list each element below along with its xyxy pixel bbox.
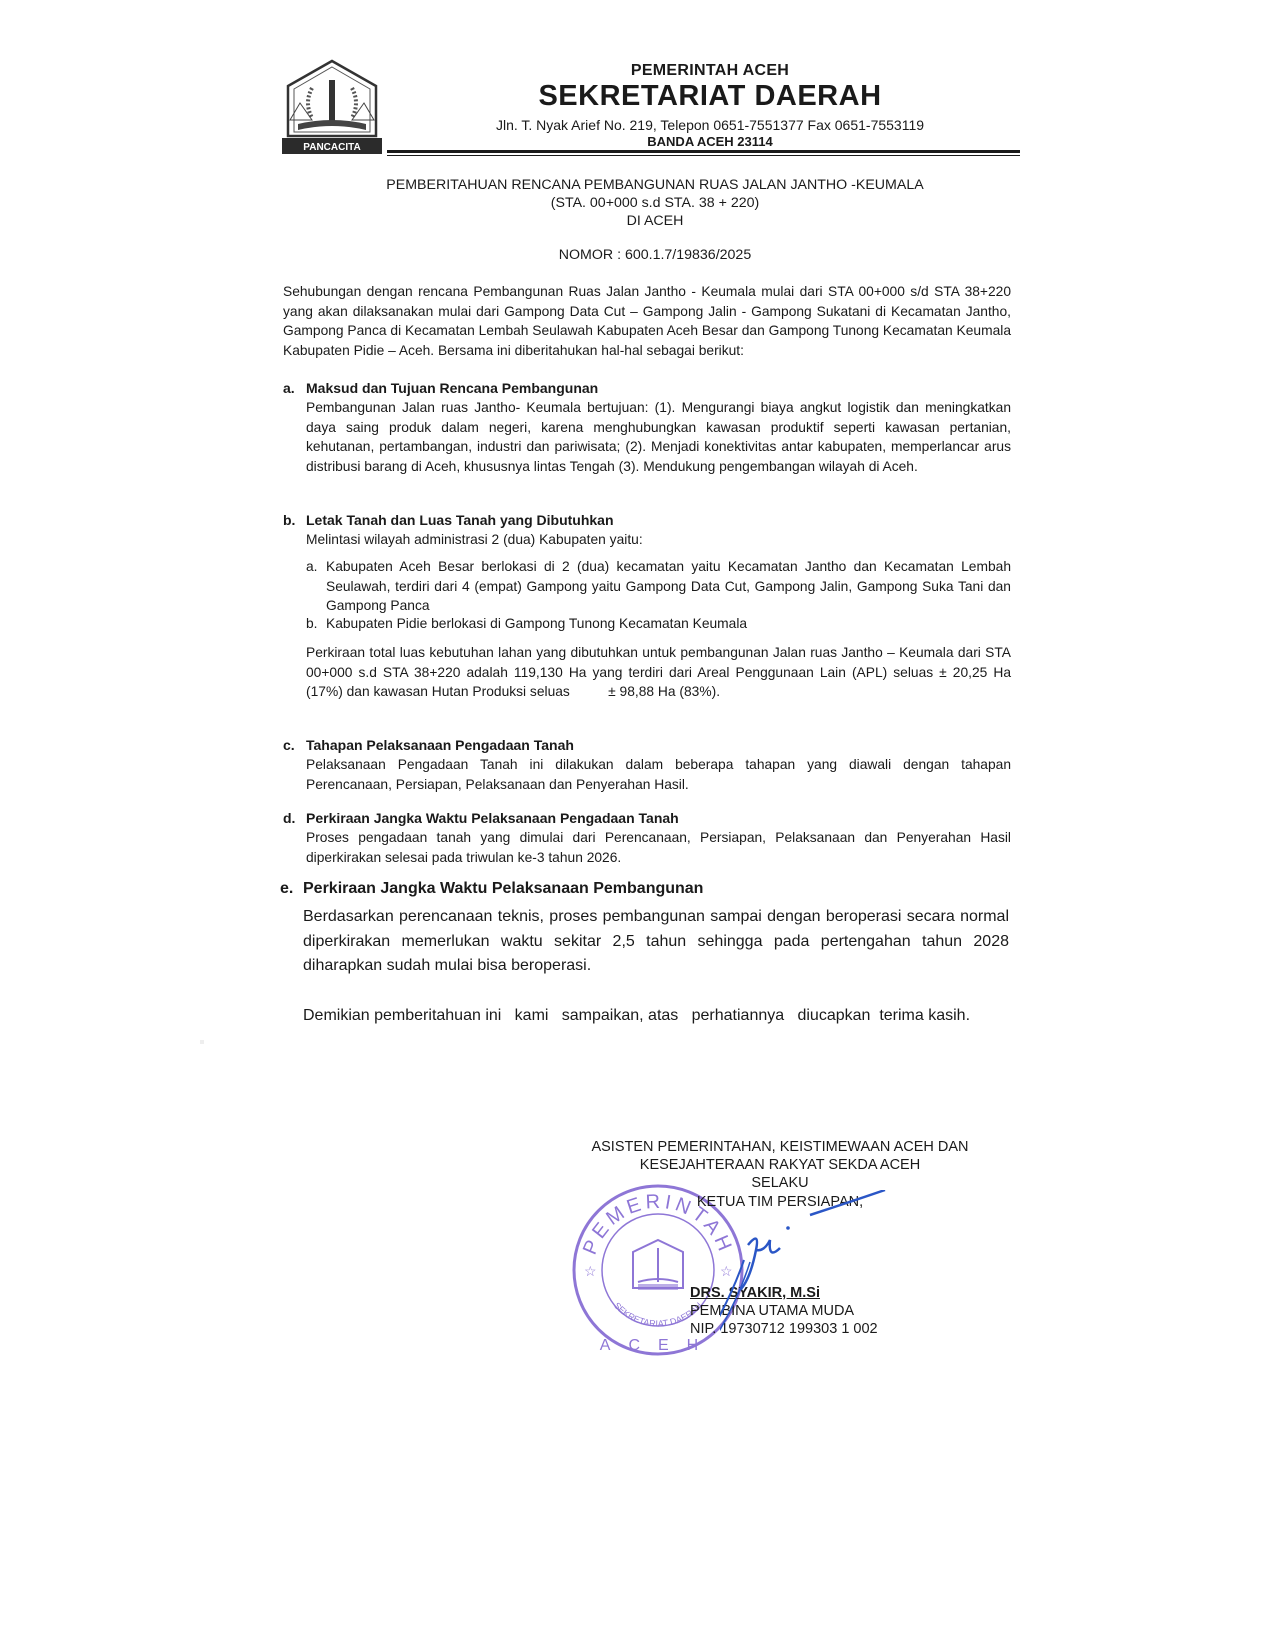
office-address: Jln. T. Nyak Arief No. 219, Telepon 0651… (400, 117, 1020, 133)
intro-paragraph: Sehubungan dengan rencana Pembangunan Ru… (283, 282, 1011, 360)
section-d-letter: d. (283, 810, 295, 826)
government-name: PEMERINTAH ACEH (400, 62, 1020, 80)
svg-text:ACEH: ACEH (600, 1337, 716, 1354)
section-d-heading: Perkiraan Jangka Waktu Pelaksanaan Penga… (306, 810, 679, 826)
section-b-item-a-text: Kabupaten Aceh Besar berlokasi di 2 (dua… (326, 557, 1011, 616)
section-a-letter: a. (283, 380, 295, 396)
section-e-letter: e. (280, 880, 293, 898)
office-name: SEKRETARIAT DAERAH (400, 80, 1020, 113)
letterhead-divider-thin (387, 155, 1020, 156)
office-city: BANDA ACEH 23114 (400, 134, 1020, 149)
section-a-body: Pembangunan Jalan ruas Jantho- Keumala b… (306, 398, 1011, 476)
section-a-heading: Maksud dan Tujuan Rencana Pembangunan (306, 380, 598, 396)
section-b-item-b-text: Kabupaten Pidie berlokasi di Gampong Tun… (326, 614, 1011, 634)
document-subtitle-location: DI ACEH (290, 212, 1020, 230)
section-b-item-a-letter: a. (306, 557, 318, 577)
section-b-letter: b. (283, 512, 295, 528)
section-b-heading: Letak Tanah dan Luas Tanah yang Dibutuhk… (306, 512, 614, 528)
section-c-body: Pelaksanaan Pengadaan Tanah ini dilakuka… (306, 755, 1011, 794)
scan-artifact (200, 1040, 204, 1044)
document-subtitle-sta: (STA. 00+000 s.d STA. 38 + 220) (290, 194, 1020, 212)
section-e-heading: Perkiraan Jangka Waktu Pelaksanaan Pemba… (303, 880, 703, 898)
section-c-heading: Tahapan Pelaksanaan Pengadaan Tanah (306, 737, 574, 753)
section-b-item-b-letter: b. (306, 614, 318, 634)
signatory-position-line1: ASISTEN PEMERINTAHAN, KEISTIMEWAAN ACEH … (540, 1138, 1020, 1156)
section-b-land-area: Perkiraan total luas kebutuhan lahan yan… (306, 643, 1011, 702)
svg-text:PANCACITA: PANCACITA (303, 142, 360, 153)
document-title: PEMBERITAHUAN RENCANA PEMBANGUNAN RUAS J… (290, 176, 1020, 194)
document-number: NOMOR : 600.1.7/19836/2025 (290, 246, 1020, 264)
letterhead-divider (387, 150, 1020, 153)
svg-text:☆: ☆ (584, 1263, 597, 1279)
section-c-letter: c. (283, 737, 295, 753)
pancacita-emblem-icon: PANCACITA (282, 58, 382, 158)
section-d-body: Proses pengadaan tanah yang dimulai dari… (306, 828, 1011, 867)
signatory-position-line2: KESEJAHTERAAN RAKYAT SEKDA ACEH (540, 1156, 1020, 1174)
section-b-body: Melintasi wilayah administrasi 2 (dua) K… (306, 530, 1011, 550)
closing-paragraph: Demikian pemberitahuan ini kami sampaika… (303, 1004, 1009, 1029)
handwritten-signature-icon (720, 1190, 920, 1340)
section-e-body: Berdasarkan perencanaan teknis, proses p… (303, 905, 1009, 979)
